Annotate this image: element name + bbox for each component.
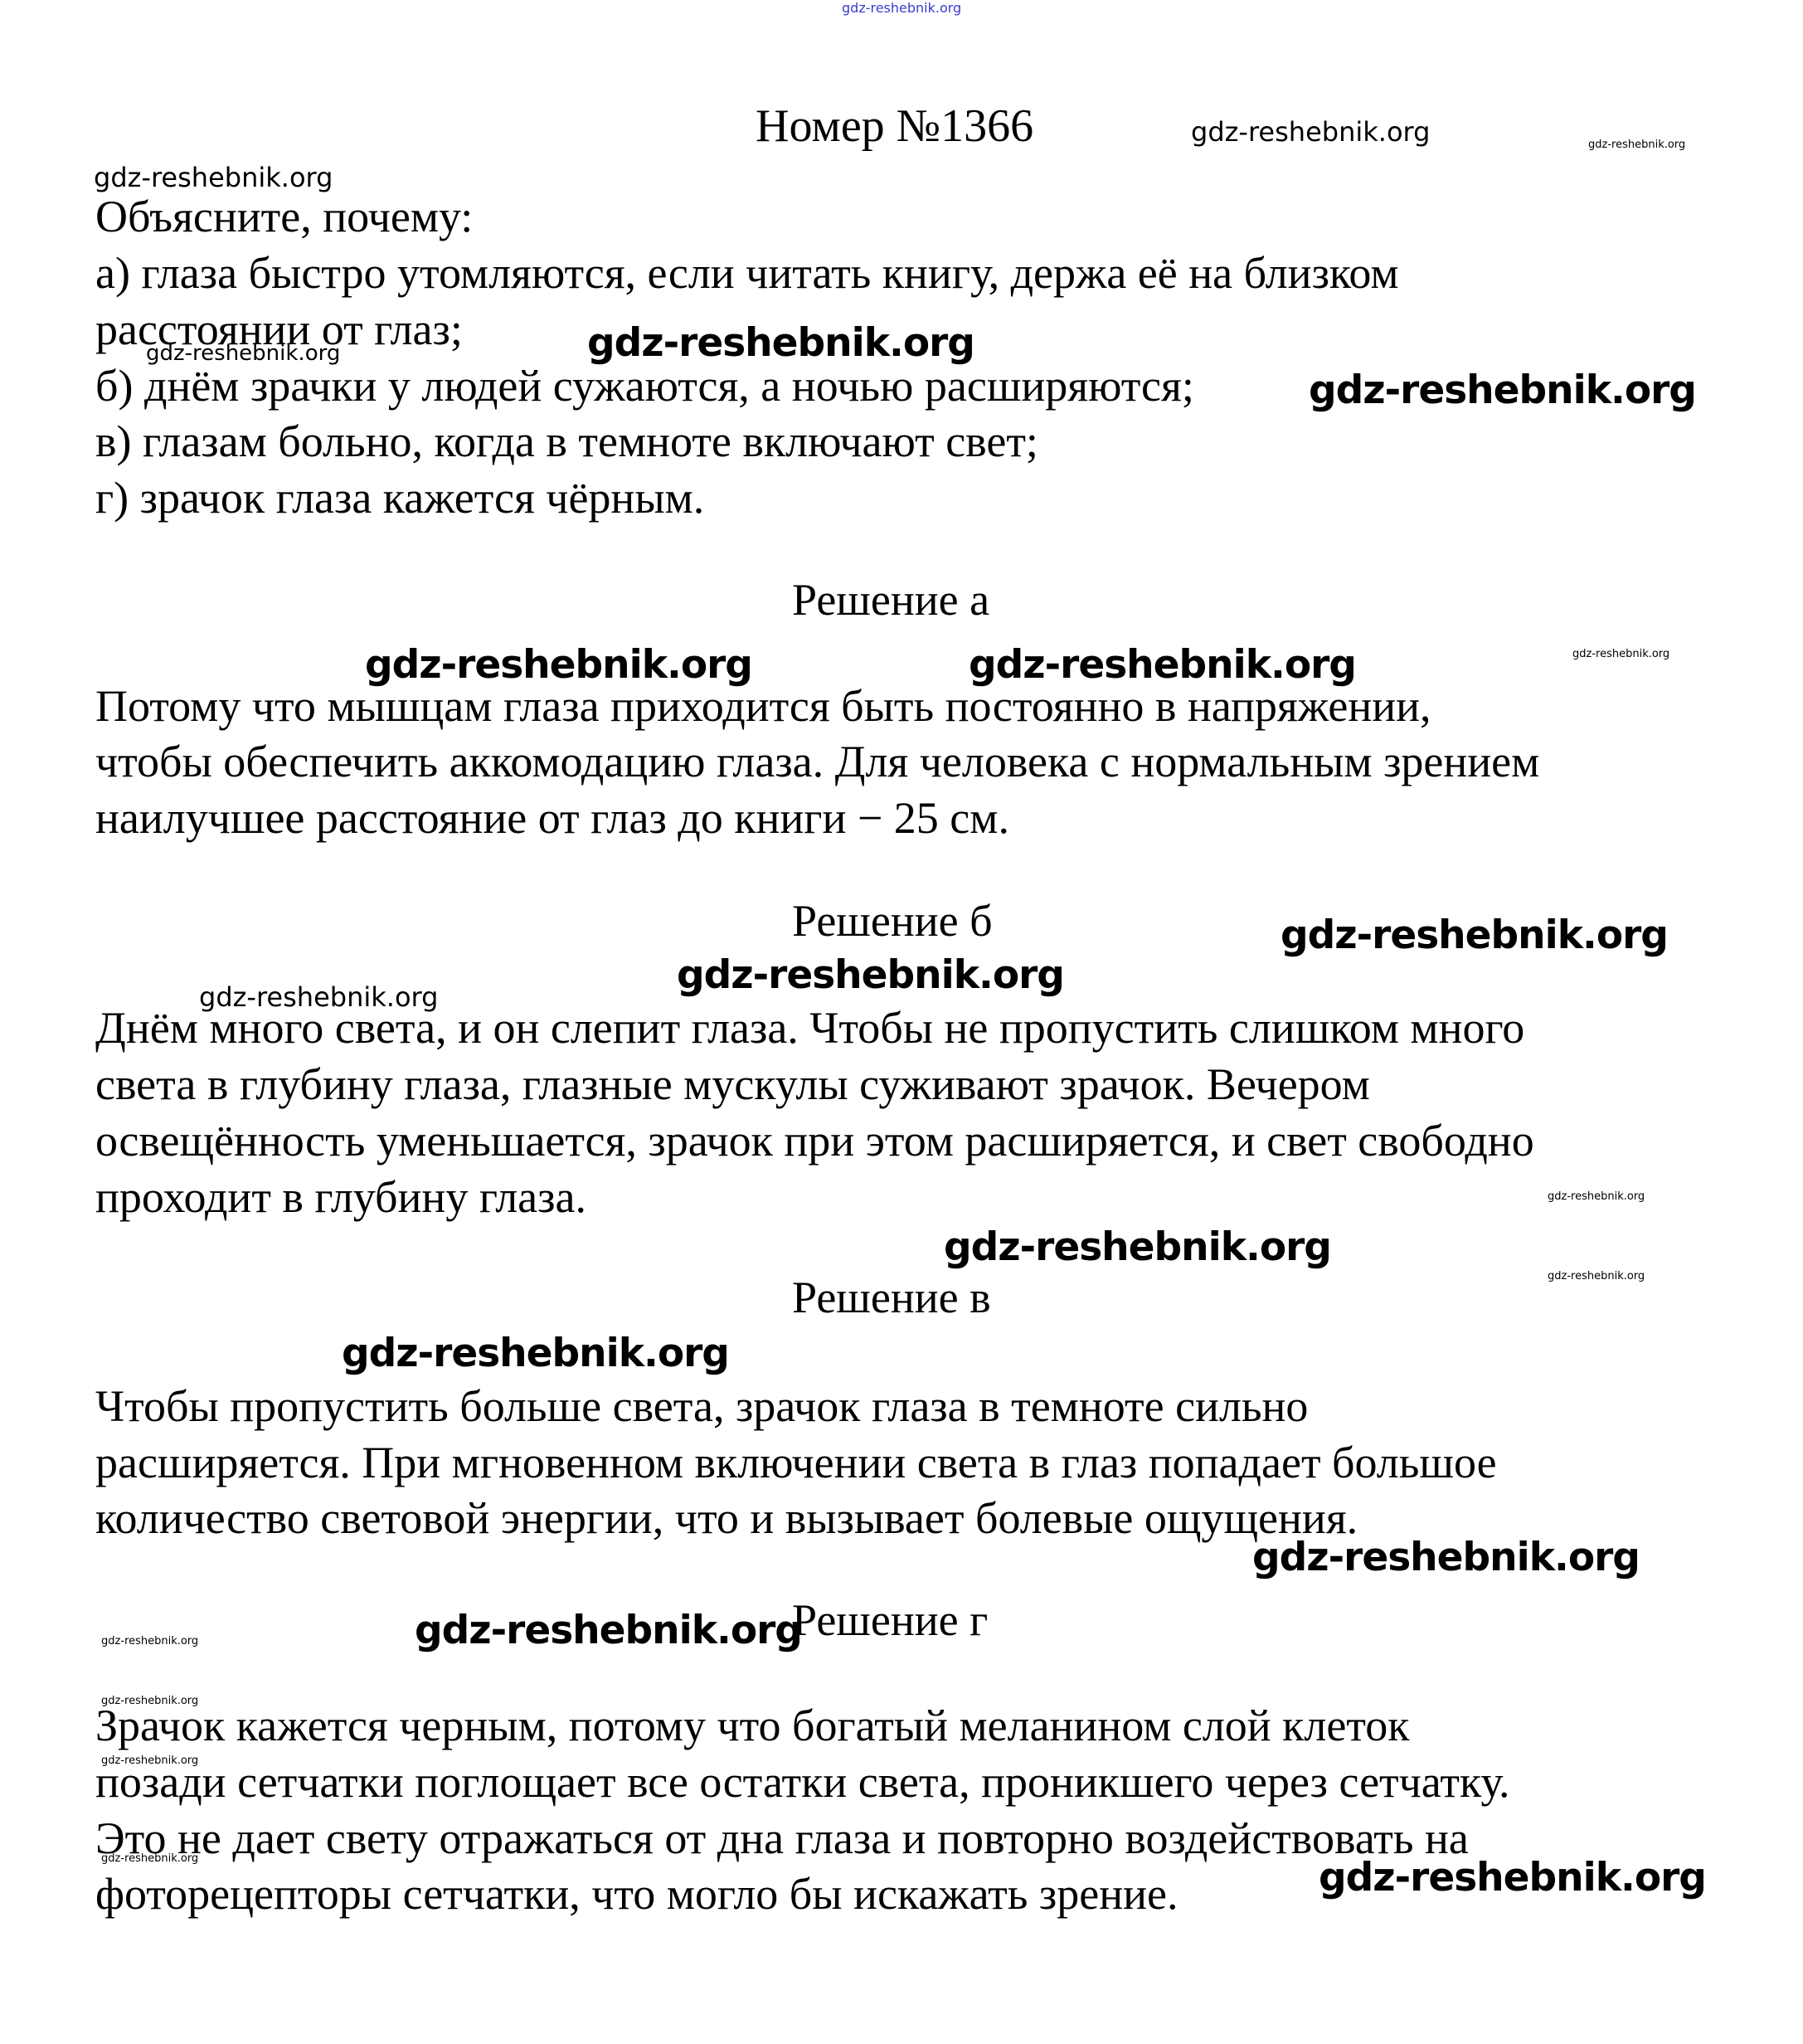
solution-heading-g: Решение г [792, 1598, 988, 1642]
solution-line: Это не дает свету отражаться от дна глаз… [95, 1816, 1469, 1861]
watermark: gdz-reshebnik.org [94, 164, 333, 191]
watermark: gdz-reshebnik.org [1281, 916, 1668, 955]
watermark: gdz-reshebnik.org [969, 645, 1356, 684]
watermark: gdz-reshebnik.org [1252, 1538, 1640, 1577]
watermark: gdz-reshebnik.org [415, 1611, 802, 1650]
solution-heading-v: Решение в [792, 1275, 991, 1320]
watermark: gdz-reshebnik.org [944, 1228, 1331, 1267]
solution-line: проходит в глубину глаза. [95, 1175, 586, 1219]
solution-line: Днём много света, и он слепит глаза. Что… [95, 1005, 1524, 1050]
solution-line: чтобы обеспечить аккомодацию глаза. Для … [95, 739, 1539, 784]
watermark-top[interactable]: gdz-reshebnik.org [842, 2, 961, 15]
watermark-small: gdz-reshebnik.org [1588, 139, 1685, 150]
watermark: gdz-reshebnik.org [1309, 371, 1696, 410]
page-title: Номер №1366 [756, 103, 1033, 149]
solution-line: Чтобы пропустить больше света, зрачок гл… [95, 1384, 1308, 1428]
solution-line: позади сетчатки поглощает все остатки св… [95, 1759, 1510, 1804]
question-intro: Объясните, почему: [95, 194, 473, 239]
question-line: расстоянии от глаз; [95, 307, 463, 352]
solution-line: количество световой энергии, что и вызыв… [95, 1496, 1358, 1540]
watermark-small: gdz-reshebnik.org [101, 1636, 198, 1647]
solution-line: света в глубину глаза, глазные мускулы с… [95, 1062, 1370, 1107]
watermark: gdz-reshebnik.org [587, 324, 974, 363]
solution-heading-b: Решение б [792, 898, 993, 943]
question-line: г) зрачок глаза кажется чёрным. [95, 475, 704, 520]
watermark-small: gdz-reshebnik.org [1548, 1271, 1645, 1282]
solution-line: фоторецепторы сетчатки, что могло бы иск… [95, 1871, 1178, 1916]
watermark: gdz-reshebnik.org [342, 1334, 729, 1373]
question-line: в) глазам больно, когда в темноте включа… [95, 419, 1038, 464]
watermark: gdz-reshebnik.org [365, 645, 752, 684]
solution-line: Потому что мышцам глаза приходится быть … [95, 684, 1431, 728]
watermark: gdz-reshebnik.org [1319, 1858, 1706, 1897]
solution-line: расширяется. При мгновенном включении св… [95, 1440, 1497, 1485]
watermark-small: gdz-reshebnik.org [1548, 1191, 1645, 1202]
watermark: gdz-reshebnik.org [677, 956, 1064, 995]
solution-line: наилучшее расстояние от глаз до книги − … [95, 796, 1009, 840]
solution-line: Зрачок кажется черным, потому что богаты… [95, 1703, 1409, 1748]
question-line: б) днём зрачки у людей сужаются, а ночью… [95, 363, 1194, 408]
question-line: а) глаза быстро утомляются, если читать … [95, 251, 1399, 295]
solution-heading-a: Решение а [792, 577, 989, 622]
watermark-small: gdz-reshebnik.org [1572, 649, 1669, 659]
watermark: gdz-reshebnik.org [1191, 119, 1430, 145]
solution-line: освещённость уменьшается, зрачок при это… [95, 1118, 1534, 1163]
